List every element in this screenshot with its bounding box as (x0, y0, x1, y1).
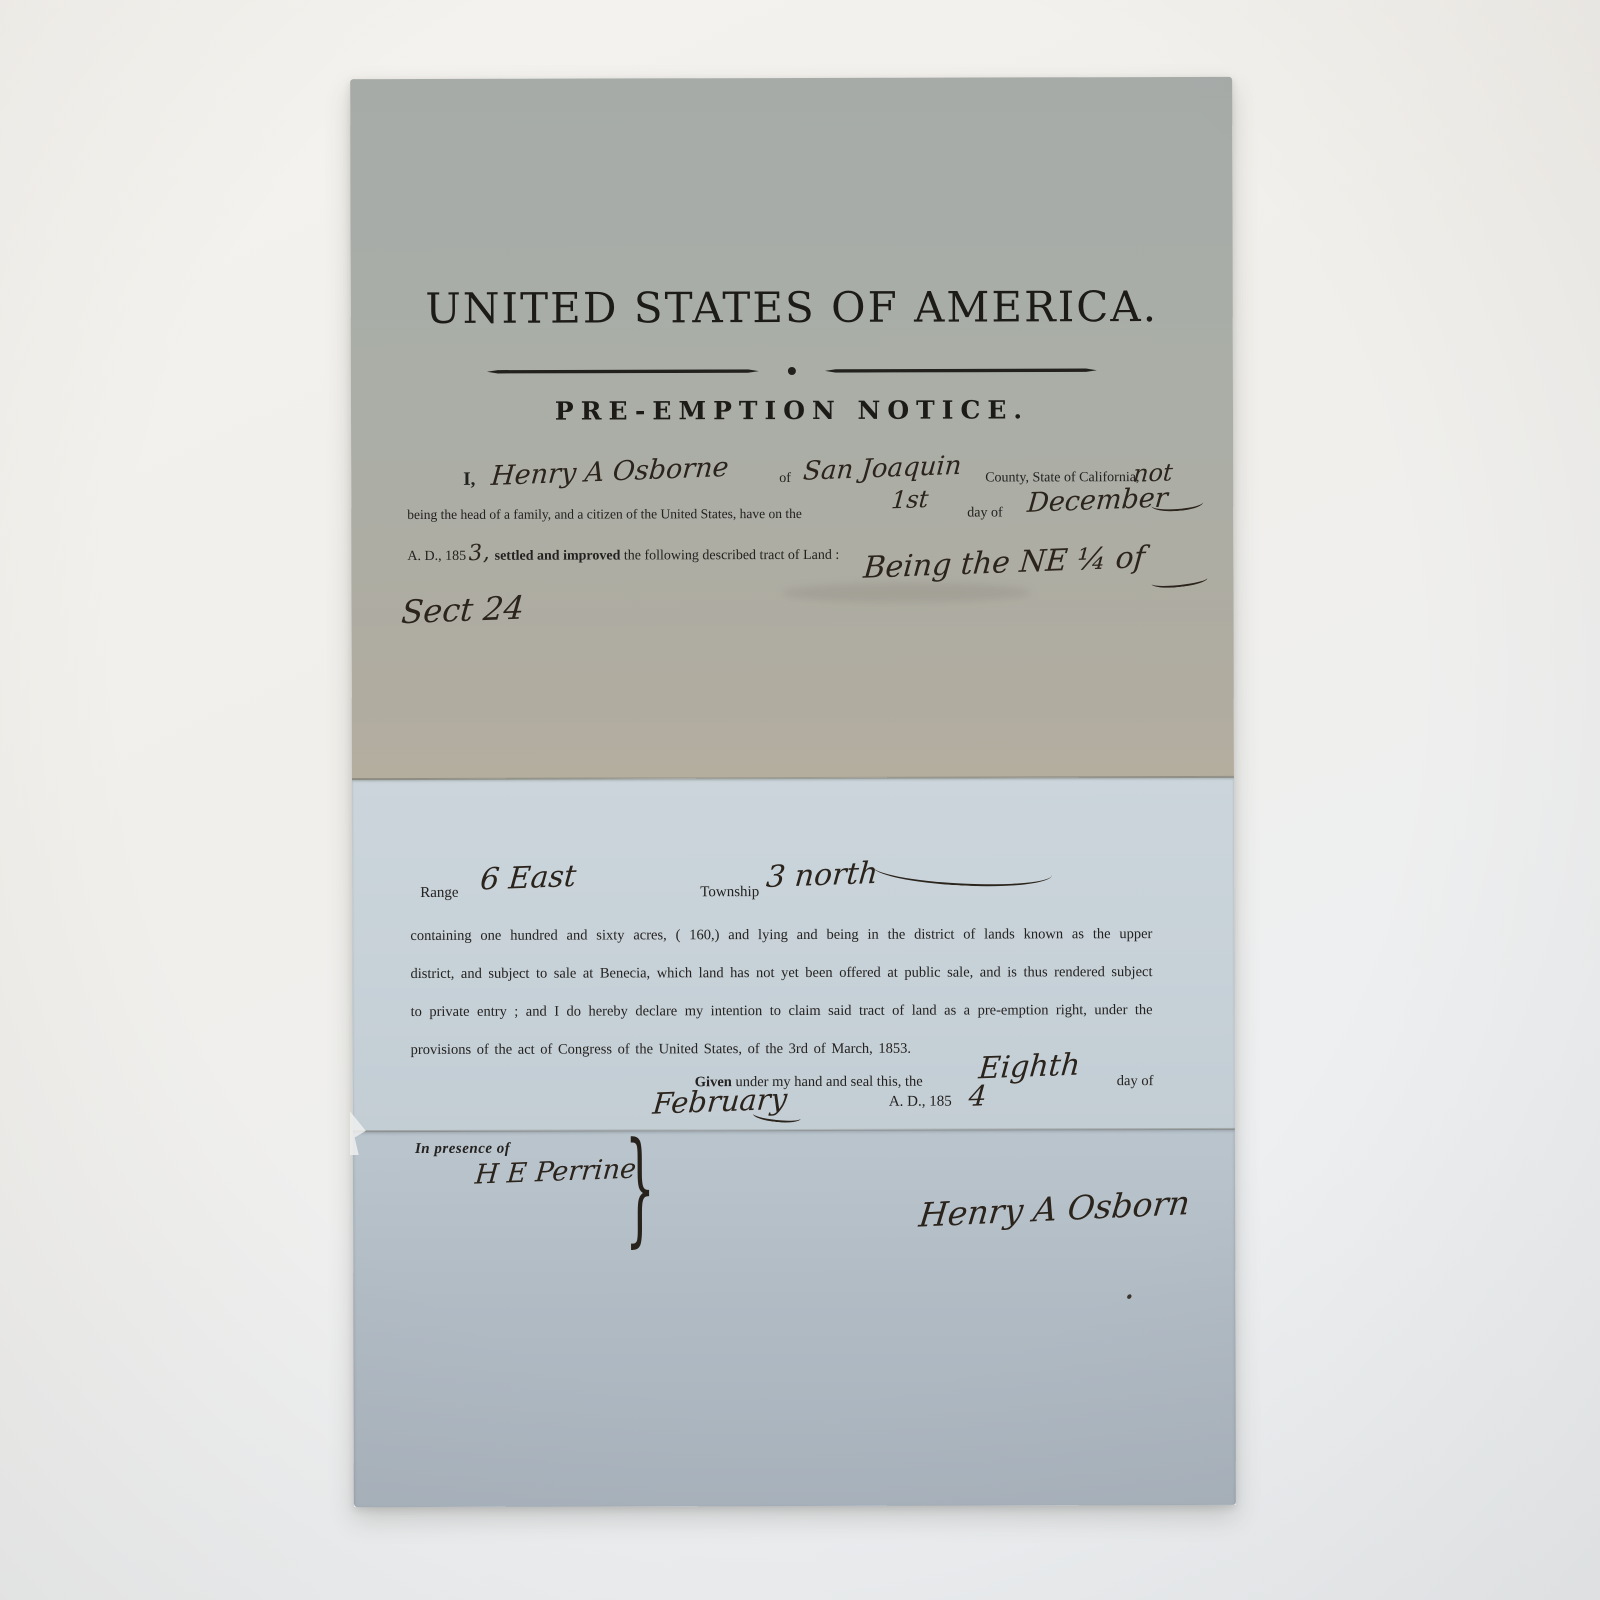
legal-paragraph-line: containing one hundred and sixty acres, … (410, 915, 1152, 955)
given-ad: A. D., 185 (889, 1094, 952, 1111)
tract-line2-handwritten: Sect 24 (400, 588, 526, 631)
title-divider (487, 365, 1097, 377)
form-line3-bold: settled and improved (495, 548, 621, 563)
form-line1-i: I, (463, 469, 475, 491)
form-line1-of: of (779, 471, 791, 487)
form-line3-ad: A. D., 185 (407, 549, 466, 564)
document-subtitle: PRE-EMPTION NOTICE. (351, 395, 1233, 426)
legal-paragraph: containing one hundred and sixty acres, … (410, 915, 1152, 1069)
divider-rule-right (825, 368, 1097, 373)
divider-dot (788, 367, 796, 375)
given-year-handwritten: 4 (967, 1079, 988, 1113)
divider-rule-left (487, 369, 759, 374)
witness-brace: } (625, 1126, 655, 1249)
month-handwritten: December (1026, 483, 1169, 519)
given-month-handwritten: February (651, 1082, 788, 1121)
form-line2-printed: being the head of a family, and a citize… (407, 506, 802, 523)
witness-signature-handwritten: H E Perrine (474, 1154, 638, 1191)
day-handwritten: 1st (890, 485, 930, 515)
given-dayof: day of (1117, 1073, 1154, 1090)
county-handwritten: San Joaquin (802, 451, 963, 487)
range-label: Range (420, 885, 458, 902)
township-label: Township (700, 884, 759, 901)
range-value-handwritten: 6 East (479, 859, 578, 898)
form-line2-dayof: day of (967, 505, 1002, 521)
witness-label: In presence of (415, 1141, 510, 1158)
legal-paragraph-line: district, and subject to sale at Benecia… (410, 953, 1152, 993)
year-digit-handwritten: 3, (467, 540, 489, 566)
legal-paragraph-line: to private entry ; and I do hereby decla… (411, 991, 1153, 1031)
document-title: UNITED STATES OF AMERICA. (351, 282, 1233, 333)
paper-fold-top (350, 77, 1234, 779)
township-value-handwritten: 3 north (765, 856, 880, 895)
photo-background: { "document": { "title": "UNITED STATES … (0, 0, 1600, 1600)
form-line3: A. D., 1853, settled and improved the fo… (407, 540, 839, 566)
given-day-handwritten: Eighth (977, 1047, 1081, 1086)
form-line3-rest: the following described tract of Land : (620, 548, 839, 564)
document-paper: UNITED STATES OF AMERICA. PRE-EMPTION NO… (350, 77, 1236, 1507)
